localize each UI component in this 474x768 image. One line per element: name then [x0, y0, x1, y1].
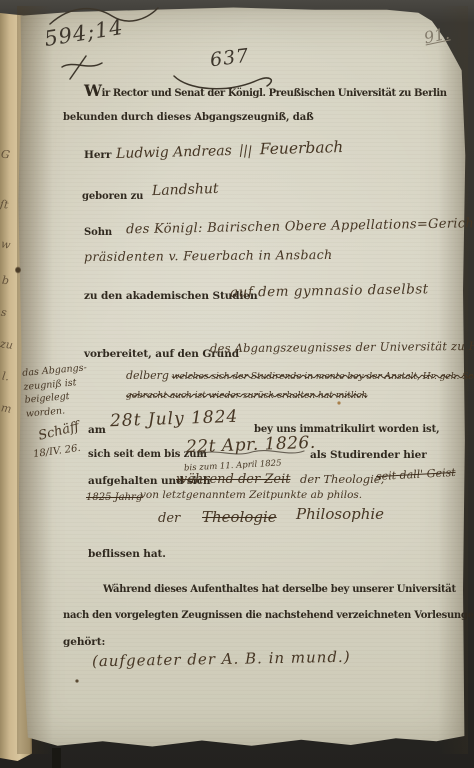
struck-tail-2: 1825 Jahrg	[86, 492, 142, 503]
insertion-mark: |||	[238, 143, 253, 160]
grund-line-2: delberg welches sich der Studirende in m…	[126, 369, 474, 382]
struck-period: während der Zeit	[176, 472, 290, 487]
grund-line-3-struck: gebracht auch ist wieder zurück erhalten…	[126, 391, 367, 401]
schluss-line-1: Während dieses Aufenthaltes hat derselbe…	[103, 584, 456, 595]
grund-struck: welches sich der Studirende in mente bey…	[172, 372, 474, 382]
philosophie-word: Philosophie	[296, 505, 384, 523]
overwrite-scribble	[198, 446, 308, 460]
page-content: 594;14 637 91. Wir Rector und Senat der …	[0, 0, 474, 768]
matriculation-date: 28t July 1824	[110, 407, 239, 431]
folio-number: 91.	[422, 24, 451, 48]
prepared-at: auf dem gymnasio daselbst	[230, 281, 429, 300]
name-given: Ludwig Andreas	[116, 143, 232, 162]
margin-date: 18/IV. 26.	[32, 443, 81, 461]
margin-signature: Schäff	[37, 419, 81, 444]
am-label: am	[88, 424, 106, 436]
name-family: Feuerbach	[260, 138, 344, 158]
flourish-swash	[170, 68, 290, 94]
schluss-line-2: nach den vorgelegten Zeugnissen die nach…	[63, 610, 474, 621]
document-scan: G ſt w b s zu l. m 594;14 637 91. Wir Re…	[0, 0, 474, 768]
father-line-1: des Königl: Bairischen Obere Appellation…	[126, 216, 474, 237]
beflissen-text: beflissen hat.	[88, 548, 166, 560]
struck-theologie: Theologie	[202, 508, 277, 526]
student-name: Ludwig Andreas ||| Feuerbach	[116, 138, 344, 162]
drop-cap: W	[84, 81, 102, 100]
father-line-2: präsidenten v. Feuerbach in Ansbach	[84, 247, 333, 264]
birthplace: Landshut	[152, 181, 219, 199]
grund-kept: delberg	[126, 369, 169, 382]
margin-note: das Abgangs- zeugniß ist beigelegt worde…	[22, 361, 91, 420]
intro-line-2: bekunden durch dieses Abgangszeugniß, da…	[63, 112, 314, 123]
struck-tail-1: seit dall' Geist	[376, 466, 456, 483]
theologie-phrase: der Theologie,	[300, 472, 384, 486]
studirender-text: als Studirender hier	[310, 449, 427, 461]
schluss-line-3: gehört:	[63, 636, 105, 648]
grund-line-1: des Abgangszeugnisses der Universität zu…	[210, 339, 474, 356]
herr-label: Herr	[84, 149, 111, 161]
geboren-label: geboren zu	[82, 191, 143, 202]
letztgenannt-phrase: von letztgenanntem Zeitpunkte ab philos.	[140, 489, 362, 501]
lectures-line: (aufgeater der A. B. in mund.)	[92, 648, 351, 671]
flourish-curve	[44, 4, 164, 30]
der-word: der	[158, 511, 180, 526]
flourish-cross	[60, 54, 106, 82]
sohn-label: Sohn	[84, 227, 112, 238]
